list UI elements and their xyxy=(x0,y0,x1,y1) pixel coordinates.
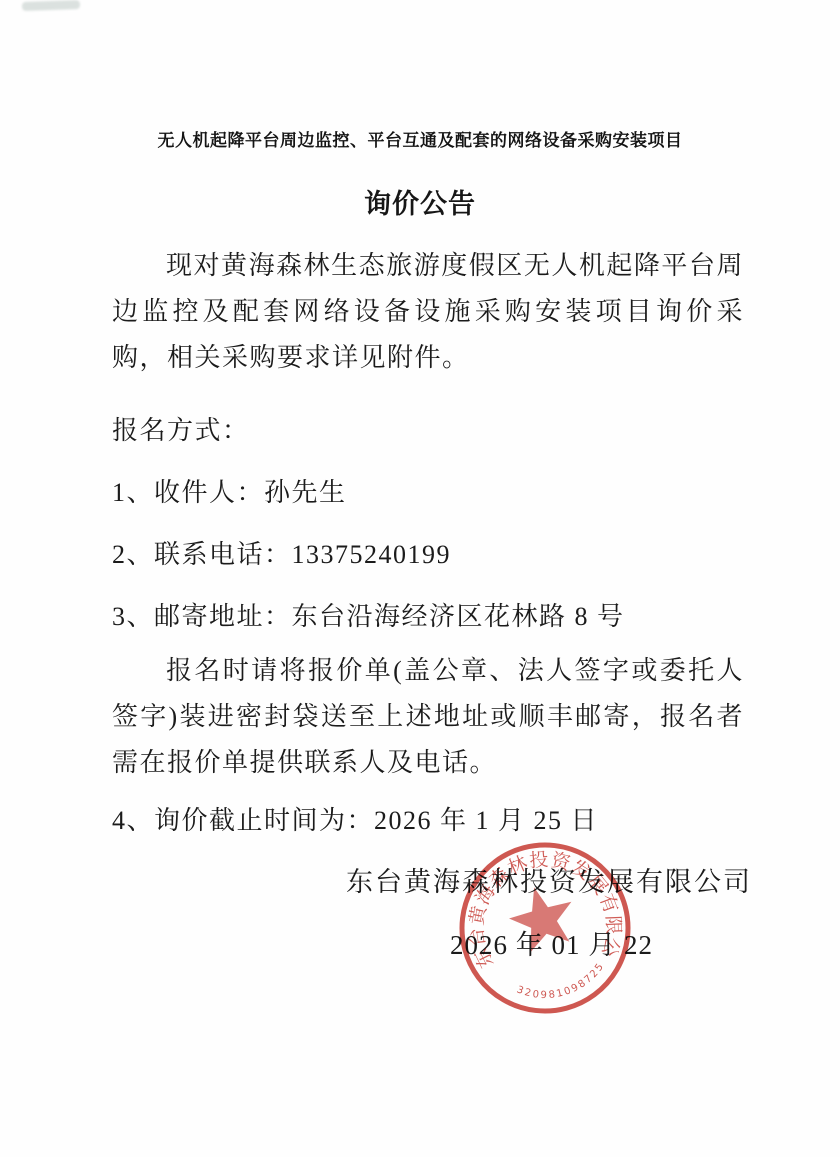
contact-item-recipient: 1、收件人：孙先生 xyxy=(112,472,347,509)
contact-item-phone: 2、联系电话：13375240199 xyxy=(112,534,451,571)
document-title: 无人机起降平台周边监控、平台互通及配套的网络设备采购安装项目 xyxy=(0,126,840,151)
note-paragraph: 报名时请将报价单(盖公章、法人签字或委托人签字)装进密封袋送至上述地址或顺丰邮寄… xyxy=(112,648,744,786)
scanned-document-page: 无人机起降平台周边监控、平台互通及配套的网络设备采购安装项目 询价公告 现对黄海… xyxy=(0,0,840,1157)
deadline-item: 4、询价截止时间为：2026 年 1 月 25 日 xyxy=(112,800,598,837)
seal-star-icon xyxy=(503,879,581,955)
document-heading: 询价公告 xyxy=(0,182,840,221)
section-label: 报名方式： xyxy=(112,410,250,447)
intro-paragraph: 现对黄海森林生态旅游度假区无人机起降平台周边监控及配套网络设备设施采购安装项目询… xyxy=(112,243,744,381)
scan-artifact-smudge xyxy=(22,0,80,11)
contact-item-address: 3、邮寄地址：东台沿海经济区花林路 8 号 xyxy=(112,596,625,633)
company-seal: 东台黄海森林投资发展有限公司 3209810987257 xyxy=(450,833,640,1023)
